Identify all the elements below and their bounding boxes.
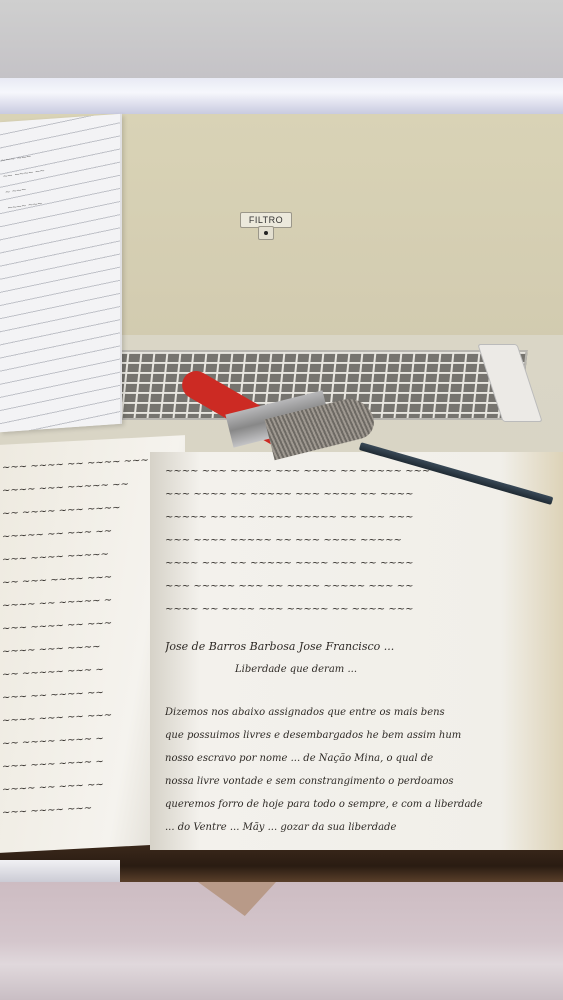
- text-line: ~~~ ~~~~ ~~~~~ ~~ ~~~ ~~~~ ~~~~~: [165, 529, 555, 552]
- text-line: que possuimos livres e desembargados he …: [165, 724, 555, 747]
- ceiling: [0, 0, 563, 82]
- text-line: nosso escravo por nome ... de Nação Mina…: [165, 747, 555, 770]
- text-line: ~~~~ ~~~ ~~~~~ ~~~ ~~~~ ~~ ~~~~~ ~~~: [165, 460, 555, 483]
- text-line: nossa livre vontade e sem constrangiment…: [165, 770, 555, 793]
- left-page-text: ~~~ ~~~~ ~~ ~~~~ ~~~ ~~~~ ~~~ ~~~~~ ~~ ~…: [2, 447, 177, 836]
- signature-line: Jose de Barros Barbosa Jose Francisco ..…: [165, 635, 555, 658]
- text-line: ~~~ ~~~~~ ~~~ ~~ ~~~~ ~~~~~ ~~~ ~~: [165, 575, 555, 598]
- text-line: ... que lhe conferimos ... sempre ... a …: [165, 839, 555, 845]
- text-line: queremos forro de hoje para todo o sempr…: [165, 793, 555, 816]
- text-line: ~~~~~ ~~ ~~~ ~~~~ ~~~~~ ~~ ~~~ ~~~: [165, 506, 555, 529]
- text-line: ~~~~ ~~~ ~~ ~~~~~ ~~~~ ~~~ ~~ ~~~~: [165, 552, 555, 575]
- white-cloth: [0, 860, 120, 884]
- right-page-text: ~~~~ ~~~ ~~~~~ ~~~ ~~~~ ~~ ~~~~~ ~~~ ~~~…: [165, 460, 555, 845]
- filtro-switch[interactable]: [258, 226, 274, 240]
- text-line: ... do Ventre ... Mãy ... gozar da sua l…: [165, 816, 555, 839]
- table-front-edge: [0, 882, 563, 1000]
- paragraph-heading: Liberdade que deram ...: [165, 658, 555, 681]
- text-line: Dizemos nos abaixo assignados que entre …: [165, 701, 555, 724]
- fluorescent-light-bar: [0, 78, 563, 114]
- paper-handwriting: ~~~ ~~~~~ ~~~~ ~~~ ~~~~~~~ ~~~: [0, 147, 50, 216]
- text-line: ~~~~ ~~ ~~~~ ~~~ ~~~~~ ~~ ~~~~ ~~~: [165, 598, 555, 621]
